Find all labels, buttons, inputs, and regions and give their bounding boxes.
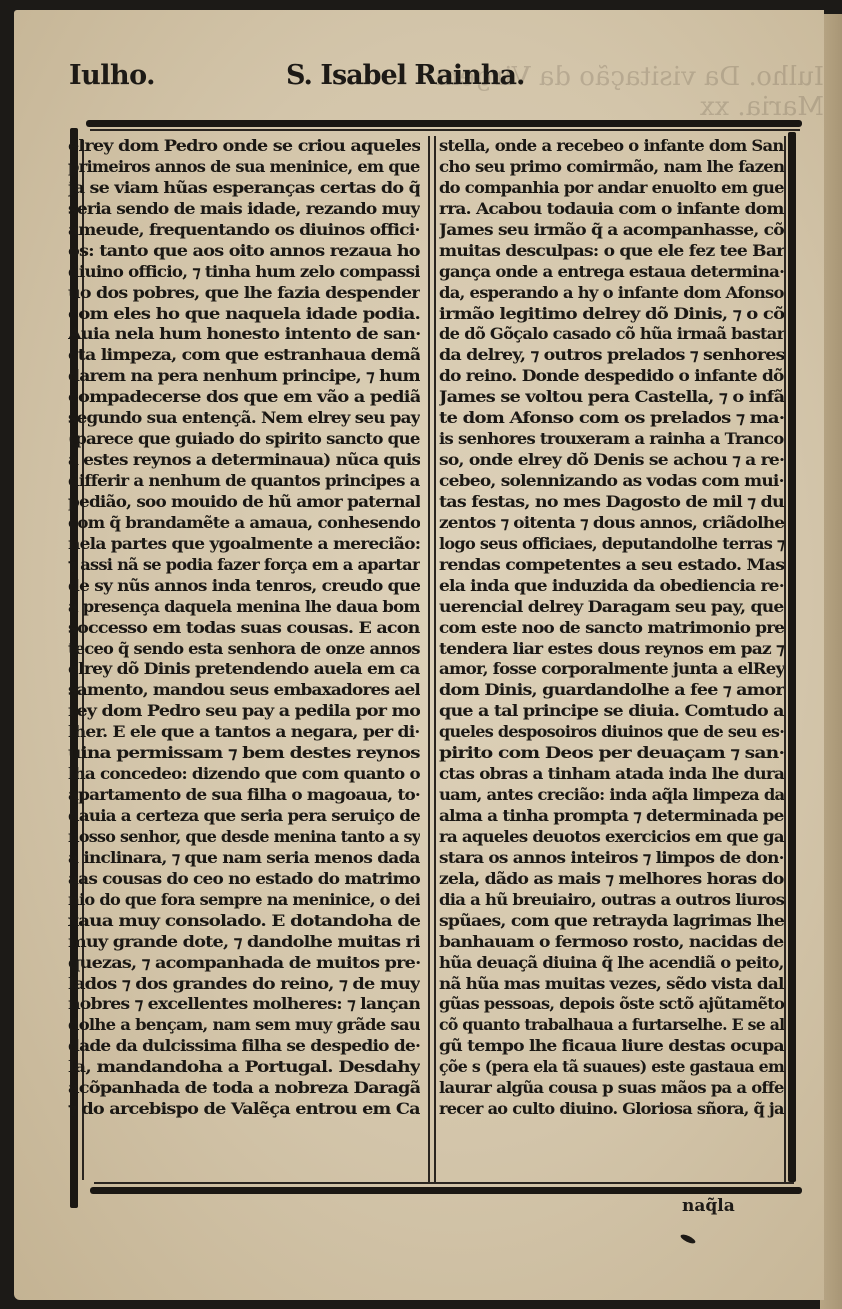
text-line: diuino officio, ⁊ tinha hum zelo compass… [68, 262, 420, 283]
text-line: uina permissam ⁊ bem destes reynos [68, 743, 420, 764]
text-line: elrey dõ Dinis pretendendo auela em ca [68, 659, 420, 680]
text-line: gũ tempo lhe ficaua liure destas ocupa [439, 1036, 784, 1057]
text-line: cta limpeza, com que estranhaua demã [68, 345, 420, 366]
text-line: dauia a certeza que seria pera seruiço d… [68, 806, 420, 827]
text-line: do reino. Donde despedido o infante dõ [439, 366, 784, 387]
book-page: Iulho. Da visitação da Virgem Maria. xx … [14, 10, 824, 1300]
text-line: laurar algũa cousa p suas mãos pa a offe [439, 1078, 784, 1099]
text-line: nio do que fora sempre na meninice, o de… [68, 890, 420, 911]
page-header: Iulho. Da visitação da Virgem Maria. xx … [14, 60, 824, 100]
right-border-bar [788, 132, 796, 1182]
text-line: queles desposoiros diuinos que de seu es… [439, 722, 784, 743]
text-line: logo seus officiaes, deputandolhe terras… [439, 534, 784, 555]
text-line: banhauam o fermoso rosto, nacidas de [439, 932, 784, 953]
text-line: nã hũa mas muitas vezes, sẽdo vista dal [439, 974, 784, 995]
text-line: gũas pessoas, depois õste sctõ ajũtamẽto [439, 994, 784, 1015]
text-line: cho seu primo comirmão, nam lhe fazen [439, 157, 784, 178]
text-line: da delrey, ⁊ outros prelados ⁊ senhores [439, 345, 784, 366]
text-line: com este noo de sancto matrimonio pre [439, 618, 784, 639]
text-line: cebeo, solennizando as vodas com mui· [439, 471, 784, 492]
text-line: ctas obras a tinham atada inda lhe dura [439, 764, 784, 785]
text-line: amor, fosse corporalmente junta a elRey [439, 659, 784, 680]
text-line: çõe s (pera ela tã suaues) este gastaua … [439, 1057, 784, 1078]
text-line: rey dom Pedro seu pay a pedila por mo [68, 701, 420, 722]
text-line: differir a nenhum de quantos principes a [68, 471, 420, 492]
text-line: samento, mandou seus embaxadores ael [68, 680, 420, 701]
left-text-column: elrey dom Pedro onde se criou aquelespri… [68, 136, 420, 1120]
text-line: gança onde a entrega estaua determina· [439, 262, 784, 283]
text-line: ela inda que induzida da obediencia re· [439, 576, 784, 597]
text-line: com q̃ brandamẽte a amaua, conhesendo [68, 513, 420, 534]
running-title: S. Isabel Rainha. [286, 60, 524, 91]
catchword: naq̃la [682, 1196, 735, 1216]
text-line: darem na pera nenhum principe, ⁊ hum [68, 366, 420, 387]
text-line: rendas competentes a seu estado. Mas [439, 555, 784, 576]
text-line: so, onde elrey dõ Denis se achou ⁊ a re· [439, 450, 784, 471]
text-line: xaua muy consolado. E dotandoha de [68, 911, 420, 932]
text-line: la, mandandoha a Portugal. Desdahy [68, 1057, 420, 1078]
text-line: com eles ho que naquela idade podia. [68, 304, 420, 325]
text-line: lher. E ele que a tantos a negara, per d… [68, 722, 420, 743]
text-line: pedião, soo mouido de hũ amor paternal [68, 492, 420, 513]
text-line: zentos ⁊ oitenta ⁊ dous annos, criãdolhe [439, 513, 784, 534]
text-line: ja se viam hũas esperanças certas do q̃ [68, 178, 420, 199]
text-line: uo dos pobres, que lhe fazia despender [68, 283, 420, 304]
text-line: stella, onde a recebeo o infante dom San [439, 136, 784, 157]
text-line: dom Dinis, guardandolhe a fee ⁊ amor [439, 680, 784, 701]
text-line: is senhores trouxeram a rainha a Tranco [439, 429, 784, 450]
text-line: spũaes, com que retrayda lagrimas lhe [439, 911, 784, 932]
text-line: os: tanto que aos oito annos rezaua ho [68, 241, 420, 262]
text-line: seria sendo de mais idade, rezando muy [68, 199, 420, 220]
text-line: zela, dãdo as mais ⁊ melhores horas do [439, 869, 784, 890]
text-line: stara os annos inteiros ⁊ limpos de don· [439, 848, 784, 869]
text-line: muy grande dote, ⁊ dandolhe muitas ri [68, 932, 420, 953]
text-line: nela partes que ygoalmente a merecião: [68, 534, 420, 555]
text-line: Auia nela hum honesto intento de san· [68, 324, 420, 345]
text-line: James seu irmão q̃ a acompanhasse, cõ [439, 220, 784, 241]
bottom-thin-rule [94, 1182, 794, 1184]
text-line: dade da dulcissima filha se despedio de· [68, 1036, 420, 1057]
text-line: teceo q̃ sendo esta senhora de onze anno… [68, 639, 420, 660]
text-line: dolhe a bençam, nam sem muy grãde sau [68, 1015, 420, 1036]
text-line: lha concedeo: dizendo que com quanto o [68, 764, 420, 785]
text-line: (parece que guiado do spirito sancto que [68, 429, 420, 450]
text-line: apartamento de sua filha o magoaua, to· [68, 785, 420, 806]
text-line: aas cousas do ceo no estado do matrimo [68, 869, 420, 890]
text-line: hũa deuaçã diuina q̃ lhe acendiã o peito… [439, 953, 784, 974]
text-line: a estes reynos a determinaua) nũca quis [68, 450, 420, 471]
text-line: compadecerse dos que em vão a pediã [68, 387, 420, 408]
text-line: que a tal principe se diuia. Comtudo a [439, 701, 784, 722]
ink-blot [679, 1233, 696, 1245]
text-line: nosso senhor, que desde menina tanto a s… [68, 827, 420, 848]
bottom-thick-rule [90, 1187, 802, 1194]
text-line: ameude, frequentando os diuinos offici· [68, 220, 420, 241]
text-line: ⁊ assi nã se podia fazer força em a apar… [68, 555, 420, 576]
text-line: ra aqueles deuotos exercicios em que ga [439, 827, 784, 848]
top-thin-rule [90, 129, 800, 131]
text-line: recer ao culto diuino. Gloriosa sñora, q… [439, 1099, 784, 1120]
text-line: alma a tinha prompta ⁊ determinada pe [439, 806, 784, 827]
text-line: uam, antes crecião: inda aq̃la limpeza d… [439, 785, 784, 806]
center-divider-right [434, 136, 436, 1182]
running-head-month: Iulho. [69, 60, 155, 91]
text-line: a inclinara, ⁊ que nam seria menos dada [68, 848, 420, 869]
text-line: nobres ⁊ excellentes molheres: ⁊ lançan [68, 994, 420, 1015]
text-line: primeiros annos de sua meninice, em que [68, 157, 420, 178]
text-line: tas festas, no mes Dagosto de mil ⁊ du [439, 492, 784, 513]
text-line: rra. Acabou todauia com o infante dom [439, 199, 784, 220]
text-line: a presença daquela menina lhe daua bom [68, 597, 420, 618]
text-line: de dõ Gõçalo casado cõ hũa irmaã bastar [439, 324, 784, 345]
text-line: da, esperando a hy o infante dom Afonso [439, 283, 784, 304]
text-line: acõpanhada de toda a nobreza Daragã [68, 1078, 420, 1099]
center-divider-left [428, 136, 430, 1182]
text-line: dia a hũ breuiairo, outras a outros liur… [439, 890, 784, 911]
text-line: irmão legitimo delrey dõ Dinis, ⁊ o cõ [439, 304, 784, 325]
text-line: uerencial delrey Daragam seu pay, que [439, 597, 784, 618]
text-line: quezas, ⁊ acompanhada de muitos pre· [68, 953, 420, 974]
text-line: do companhia por andar enuolto em gue [439, 178, 784, 199]
text-line: segundo sua entençã. Nem elrey seu pay [68, 408, 420, 429]
text-line: lados ⁊ dos grandes do reino, ⁊ de muy [68, 974, 420, 995]
right-text-column: stella, onde a recebeo o infante dom San… [439, 136, 784, 1120]
text-line: James se voltou pera Castella, ⁊ o infã [439, 387, 784, 408]
right-inner-line [784, 136, 786, 1182]
text-line: tendera liar estes dous reynos em paz ⁊ [439, 639, 784, 660]
text-line: te dom Afonso com os prelados ⁊ ma· [439, 408, 784, 429]
text-line: muitas desculpas: o que ele fez tee Bar [439, 241, 784, 262]
text-line: pirito com Deos per deuaçam ⁊ san· [439, 743, 784, 764]
text-line: elrey dom Pedro onde se criou aqueles [68, 136, 420, 157]
text-line: cõ quanto trabalhaua a furtarselhe. E se… [439, 1015, 784, 1036]
text-line: ⁊ do arcebispo de Valẽça entrou em Ca [68, 1099, 420, 1120]
text-line: de sy nũs annos inda tenros, creudo que [68, 576, 420, 597]
text-line: soccesso em todas suas cousas. E acon [68, 618, 420, 639]
top-thick-rule [86, 120, 802, 127]
